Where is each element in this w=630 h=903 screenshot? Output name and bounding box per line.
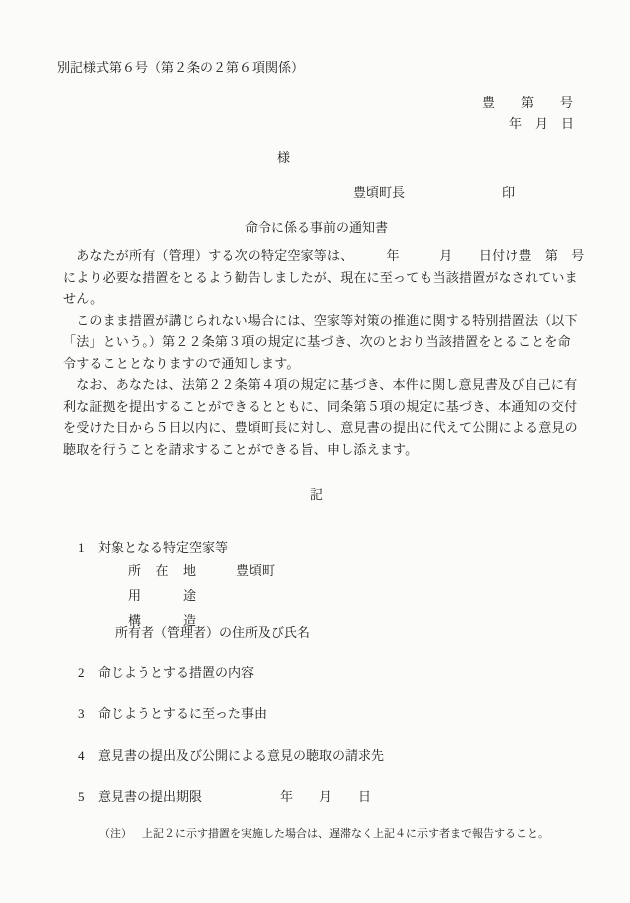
item-1-owner-row: 所有者（管理者）の住所及び氏名 [115, 626, 310, 639]
body-line: を受けた日から５日以内に、豊頃町長に対し、意見書の提出に代えて公開による意見の [63, 417, 585, 439]
item-4-number: 4 [78, 749, 98, 762]
item-2: 2命じようとする措置の内容 [65, 653, 254, 692]
document-number-line: 豊 第 号 [482, 96, 573, 109]
item-5-label: 意見書の提出期限 年 月 日 [98, 789, 371, 804]
addressee-suffix: 様 [277, 151, 290, 164]
item-3: 3命じようとするに至った事由 [65, 694, 267, 733]
form-number: 別記様式第６号（第２条の２第６項関係） [57, 61, 304, 74]
body-line: このまま措置が講じられない場合には、空家等対策の推進に関する特別措置法（以下 [63, 310, 585, 332]
body-text: あなたが所有（管理）する次の特定空家等は、 年 月 日付け豊 第 号 により必要… [63, 245, 585, 460]
body-line: あなたが所有（管理）する次の特定空家等は、 年 月 日付け豊 第 号 [63, 245, 585, 267]
item-5: 5意見書の提出期限 年 月 日 [65, 777, 371, 816]
body-line: 利な証拠を提出することができるとともに、同条第５項の規定に基づき、本通知の交付 [63, 396, 585, 418]
item-1-number: 1 [78, 541, 98, 554]
item-3-label: 命じようとするに至った事由 [98, 706, 267, 721]
item-2-label: 命じようとする措置の内容 [98, 665, 254, 680]
body-line: 令することとなりますので通知します。 [63, 353, 585, 375]
body-line: 聴取を行うことを請求することができる旨、申し添えます。 [63, 439, 585, 461]
location-value: 豊頃町 [236, 564, 275, 577]
seal-mark: 印 [502, 186, 515, 199]
item-3-number: 3 [78, 707, 98, 720]
issuer-line: 豊頃町長 印 [0, 186, 630, 200]
footnote-text: 上記２に示す措置を実施した場合は、遅滞なく上記４に示す者まで報告すること。 [142, 828, 549, 840]
date-line: 年 月 日 [509, 117, 574, 130]
body-line: せん。 [63, 288, 585, 310]
issuer-name: 豊頃町長 [353, 186, 405, 199]
footnote-label: （注） [99, 829, 132, 840]
document-title: 命令に係る事前の通知書 [63, 221, 570, 234]
body-line: なお、あなたは、法第２２条第４項の規定に基づき、本件に関し意見書及び自己に有 [63, 374, 585, 396]
item-4-label: 意見書の提出及び公開による意見の聴取の請求先 [98, 748, 384, 763]
body-line: 「法」という。）第２２条第３項の規定に基づき、次のとおり当該措置をとることを命 [63, 331, 585, 353]
item-4: 4意見書の提出及び公開による意見の聴取の請求先 [65, 736, 384, 775]
footnote: （注）上記２に示す措置を実施した場合は、遅滞なく上記４に示す者まで報告すること。 [88, 818, 549, 851]
body-line: により必要な措置をとるよう勧告しましたが、現在に至っても当該措置がなされていま [63, 267, 585, 289]
item-5-number: 5 [78, 790, 98, 803]
item-2-number: 2 [78, 666, 98, 679]
notification-document-page: 別記様式第６号（第２条の２第６項関係） 豊 第 号 年 月 日 様 豊頃町長 印… [0, 0, 630, 903]
section-marker-ki: 記 [63, 488, 570, 501]
